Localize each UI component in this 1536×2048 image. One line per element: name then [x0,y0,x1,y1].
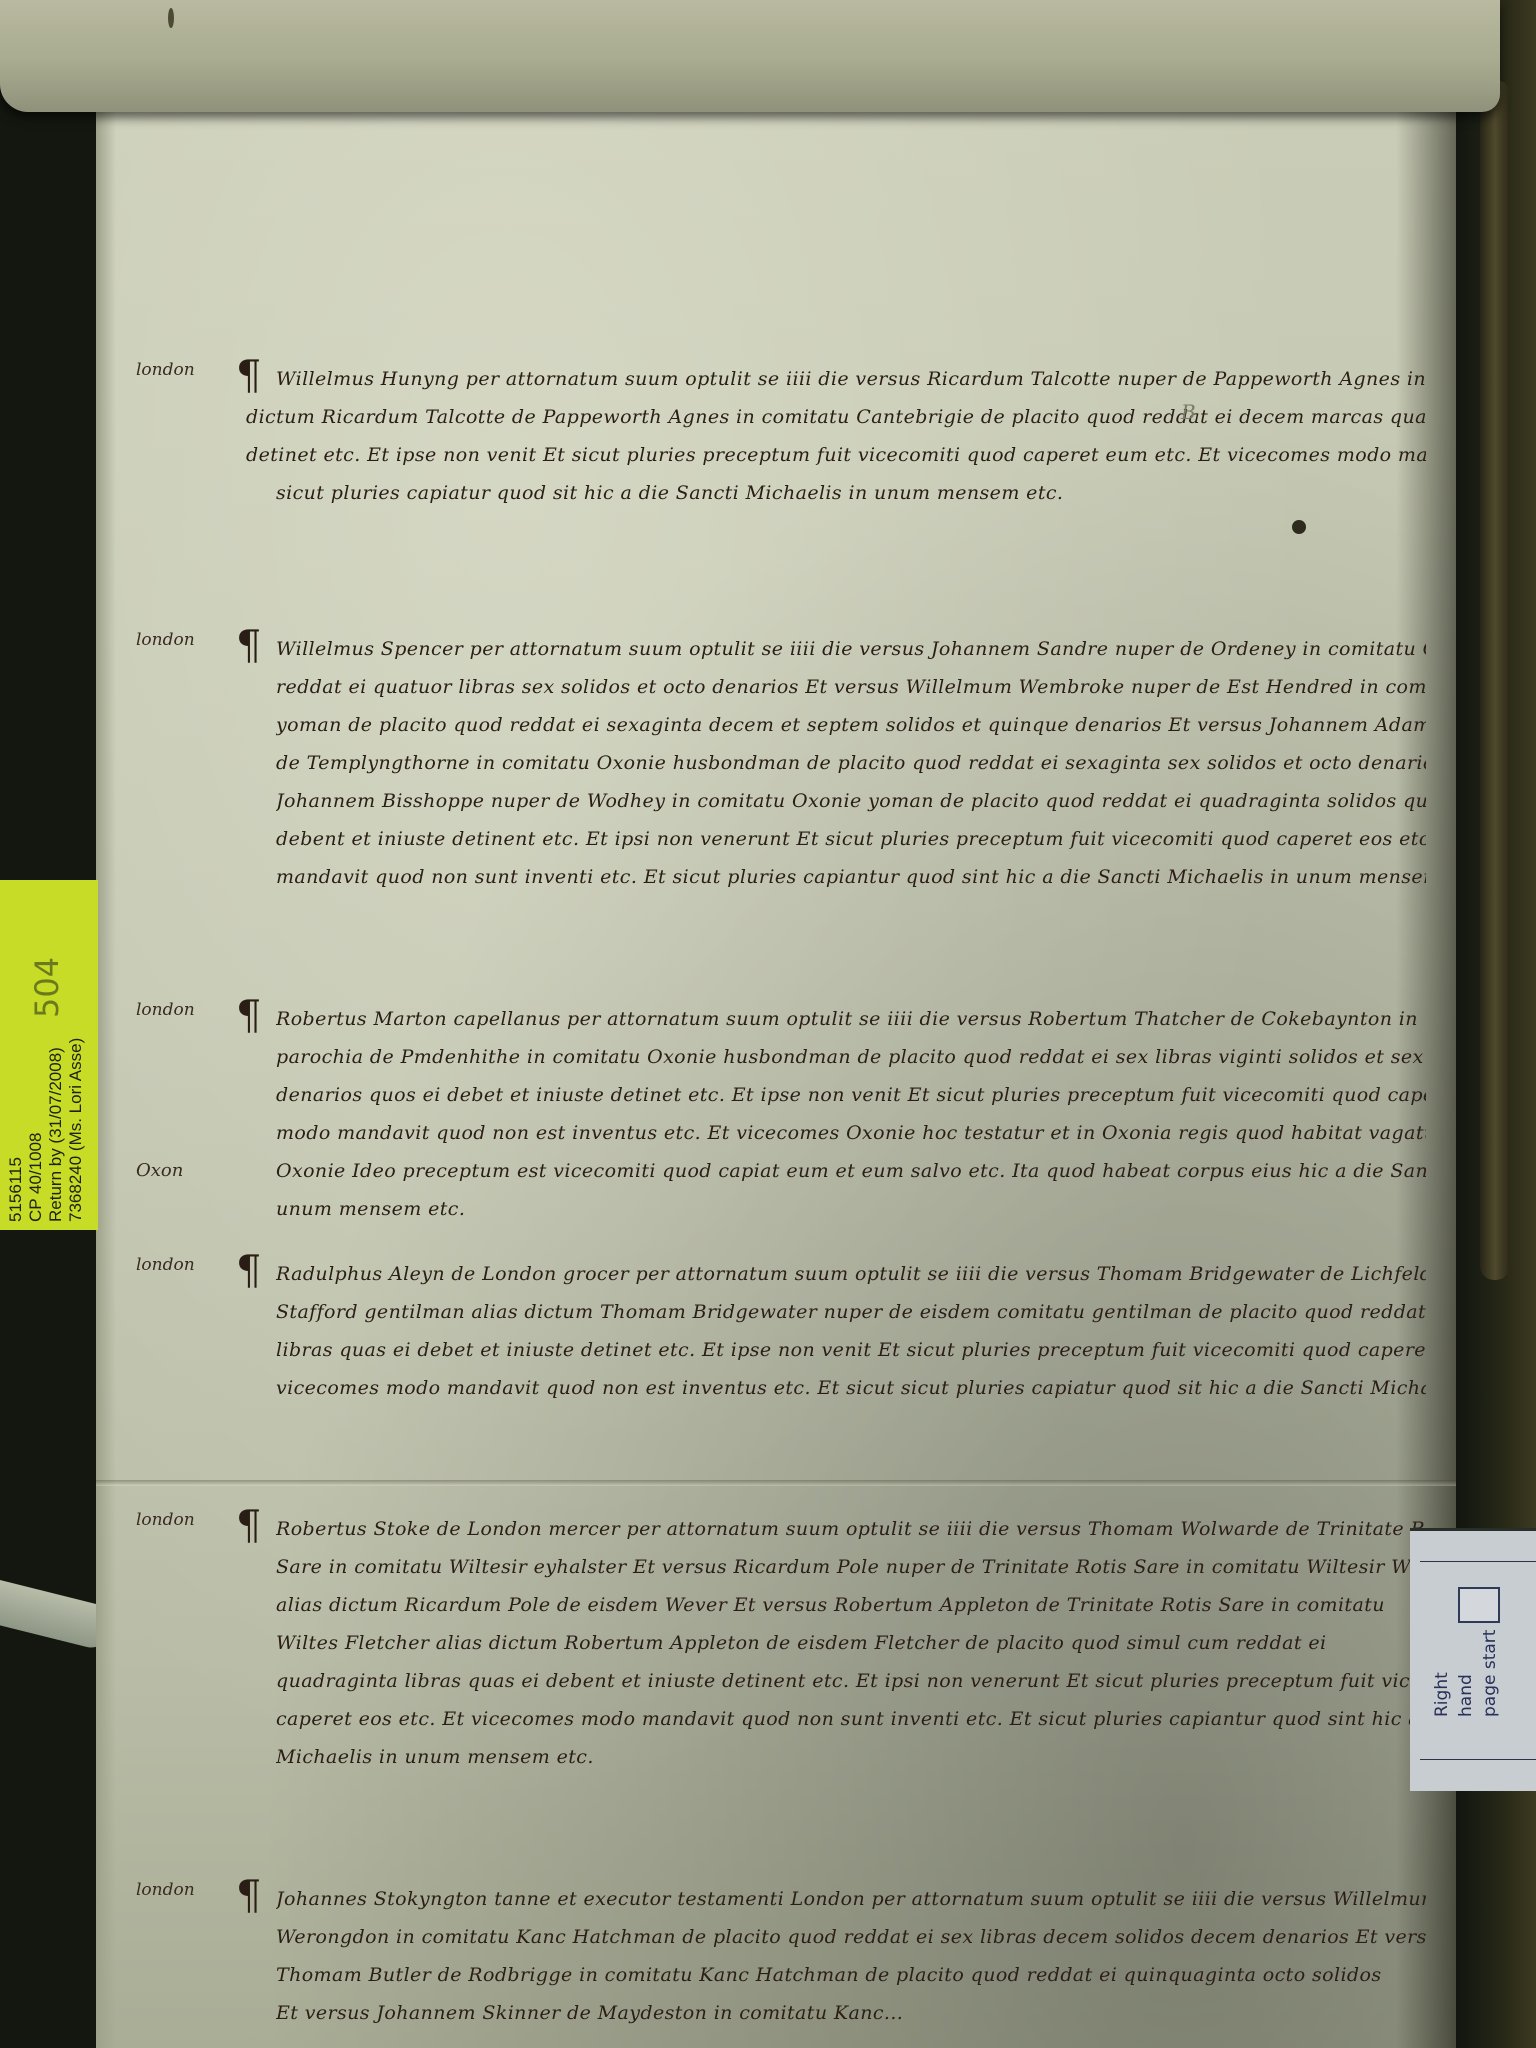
requester: 7368240 (Ms. Lori Asse) [66,880,86,1222]
entry-line: reddat ei quatuor libras sex solidos et … [276,668,1426,706]
entry-line: Willelmus Hunyng per attornatum suum opt… [276,360,1426,398]
entry-line: de Templyngthorne in comitatu Oxonie hus… [276,744,1426,782]
entry-line: Wiltes Fletcher alias dictum Robertum Ap… [276,1624,1426,1662]
paragraph-mark-icon: ¶ [236,1251,261,1291]
entry-line: Robertus Marton capellanus per attornatu… [276,1000,1426,1038]
ink-blot [1292,520,1306,534]
entry-line: Robertus Stoke de London mercer per atto… [276,1510,1426,1548]
pencil-mark: B [1181,400,1196,424]
entry-text: Johannes Stokyngton tanne et executor te… [276,1880,1426,2032]
entry-line: detinet etc. Et ipse non venit Et sicut … [246,436,1426,474]
entry-line: unum mensem etc. [276,1190,1426,1228]
entry-line: Sare in comitatu Wiltesir eyhalster Et v… [276,1548,1426,1586]
county-margin-label: london [136,1255,216,1275]
entry-line: Thomam Butler de Rodbrigge in comitatu K… [276,1956,1426,1994]
entry-line: libras quas ei debet et iniuste detinet … [276,1331,1426,1369]
entry-line: Johannem Bisshoppe nuper de Wodhey in co… [276,782,1426,820]
entry-text: Radulphus Aleyn de London grocer per att… [276,1255,1426,1407]
label-line: 5156115 [6,880,26,1222]
entry-line: quadraginta libras quas ei debent et ini… [276,1662,1426,1700]
manuscript-membrane: B london ¶ Willelmus Hunyng per attornat… [96,100,1456,2048]
return-date: Return by (31/07/2008) [46,880,66,1222]
paragraph-mark-icon: ¶ [236,996,261,1036]
margin-note: Oxon [136,1160,216,1181]
page-start-slip: Right hand page start [1410,1528,1536,1791]
entry-line: Werongdon in comitatu Kanc Hatchman de p… [276,1918,1426,1956]
right-hand-page-checkbox[interactable] [1458,1587,1500,1623]
slip-label-line: page start [1478,1627,1502,1717]
entry-text: Robertus Stoke de London mercer per atto… [276,1510,1426,1776]
county-margin-label: london [136,360,216,380]
entry-text: Willelmus Spencer per attornatum suum op… [276,630,1426,896]
paragraph-mark-icon: ¶ [236,626,261,666]
county-margin-label: london [136,1510,216,1530]
entry-line: caperet eos etc. Et vicecomes modo manda… [276,1700,1426,1738]
entry-line: vicecomes modo mandavit quod non est inv… [276,1369,1426,1407]
slip-label-line: Right hand [1430,1627,1478,1717]
entry-line: modo mandavit quod non est inventus etc.… [276,1114,1426,1152]
archive-label: 504 5156115 CP 40/1008 Return by (31/07/… [0,880,98,1230]
slip-rule [1420,1759,1536,1760]
county-margin-label: london [136,1000,216,1020]
entry-line: Oxonie Ideo preceptum est vicecomiti quo… [276,1152,1426,1190]
entry-line: Stafford gentilman alias dictum Thomam B… [276,1293,1426,1331]
entry-line: dictum Ricardum Talcotte de Pappeworth A… [246,398,1426,436]
entry-text: Robertus Marton capellanus per attornatu… [276,1000,1426,1228]
entry-line: mandavit quod non sunt inventi etc. Et s… [276,858,1426,896]
document-reference: CP 40/1008 [26,880,46,1222]
entry-line: Et versus Johannem Skinner de Maydeston … [276,1994,1426,2032]
entry-line: Radulphus Aleyn de London grocer per att… [276,1255,1426,1293]
entry-text: Willelmus Hunyng per attornatum suum opt… [276,360,1426,512]
entry-line: yoman de placito quod reddat ei sexagint… [276,706,1426,744]
entry-line: sicut pluries capiatur quod sit hic a di… [276,474,1426,512]
paragraph-mark-icon: ¶ [236,1876,261,1916]
entry-line: Johannes Stokyngton tanne et executor te… [276,1880,1426,1918]
entry-line: denarios quos ei debet et iniuste detine… [276,1076,1426,1114]
archive-label-text: 5156115 CP 40/1008 Return by (31/07/2008… [0,880,98,1230]
slip-label: Right hand page start [1430,1627,1536,1717]
county-margin-label: london [136,630,216,650]
county-margin-label: london [136,1880,216,1900]
parchment-blemish [168,8,174,28]
sheet-left-edge [96,100,116,2048]
entry-line: Willelmus Spencer per attornatum suum op… [276,630,1426,668]
leather-strap [1480,80,1510,1280]
entry-line: Michaelis in unum mensem etc. [276,1738,1426,1776]
entry-line: debent et iniuste detinent etc. Et ipsi … [276,820,1426,858]
entry-line: parochia de Pmdenhithe in comitatu Oxoni… [276,1038,1426,1076]
paragraph-mark-icon: ¶ [236,1506,261,1546]
membrane-join [96,1480,1456,1486]
entry-line: alias dictum Ricardum Pole de eisdem Wev… [276,1586,1426,1624]
slip-rule [1420,1561,1536,1562]
rolled-membranes [0,0,1500,112]
paragraph-mark-icon: ¶ [236,356,261,396]
